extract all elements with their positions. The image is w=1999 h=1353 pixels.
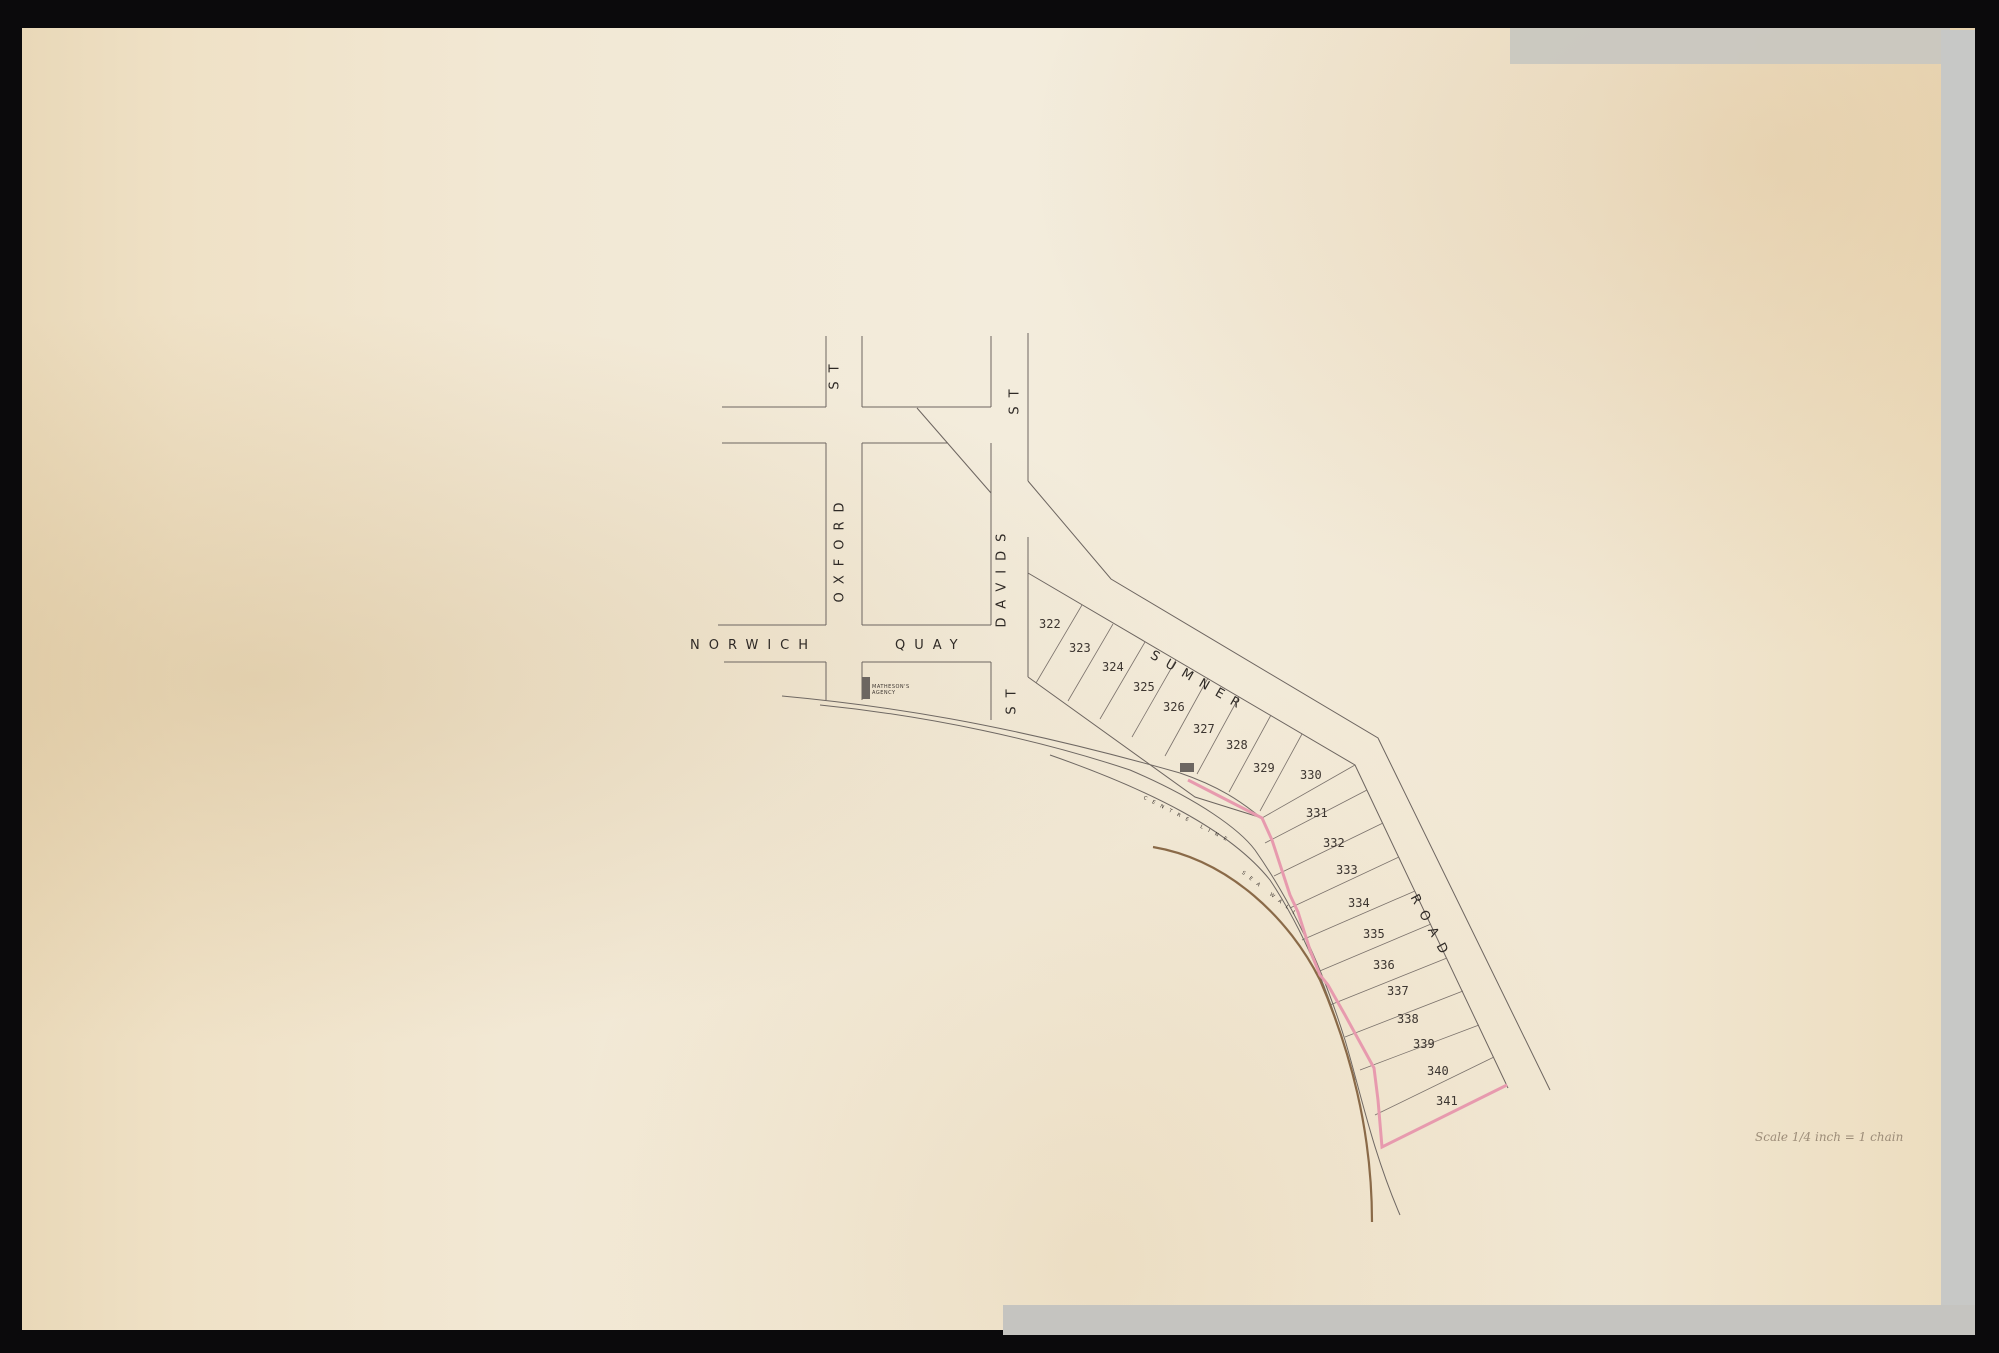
mathesons-agency-building [862, 677, 870, 699]
st-davids-prefix: ST [1005, 680, 1020, 714]
lot-number: 337 [1387, 984, 1409, 998]
st-davids-suffix: ST [1008, 380, 1023, 414]
lot-number: 323 [1069, 641, 1091, 655]
lot-number: 340 [1427, 1064, 1449, 1078]
mathesons-agency-label: MATHESON'S AGENCY [872, 684, 910, 696]
norwich-quay-label-norwich: NORWICH [690, 638, 817, 653]
lot-number: 335 [1363, 927, 1385, 941]
lot-number: 339 [1413, 1037, 1435, 1051]
lot-number: 322 [1039, 617, 1061, 631]
lot-number: 326 [1163, 700, 1185, 714]
lot-number: 333 [1336, 863, 1358, 877]
lot-number: 334 [1348, 896, 1370, 910]
lot-number: 330 [1300, 768, 1322, 782]
lot-number: 329 [1253, 761, 1275, 775]
lot-number: 336 [1373, 958, 1395, 972]
lot-number: 327 [1193, 722, 1215, 736]
pink-boundary-line [1188, 780, 1507, 1147]
lot-number: 338 [1397, 1012, 1419, 1026]
lot-number: 332 [1323, 836, 1345, 850]
oxford-street-suffix: ST [828, 355, 843, 389]
lot-number: 325 [1133, 680, 1155, 694]
oxford-street-label: OXFORD [833, 503, 848, 603]
lot-number: 324 [1102, 660, 1124, 674]
survey-plan-drawing [0, 0, 1999, 1353]
st-davids-street-label: DAVIDS [995, 528, 1010, 628]
sea-wall-curve [1153, 847, 1372, 1222]
norwich-quay-label-quay: QUAY [895, 638, 967, 653]
scale-note: Scale 1/4 inch = 1 chain [1755, 1130, 1903, 1144]
street-lines [718, 333, 1550, 1090]
lot-number: 328 [1226, 738, 1248, 752]
small-building-marker [1180, 763, 1194, 772]
lot-number: 331 [1306, 806, 1328, 820]
lot-number: 341 [1436, 1094, 1458, 1108]
